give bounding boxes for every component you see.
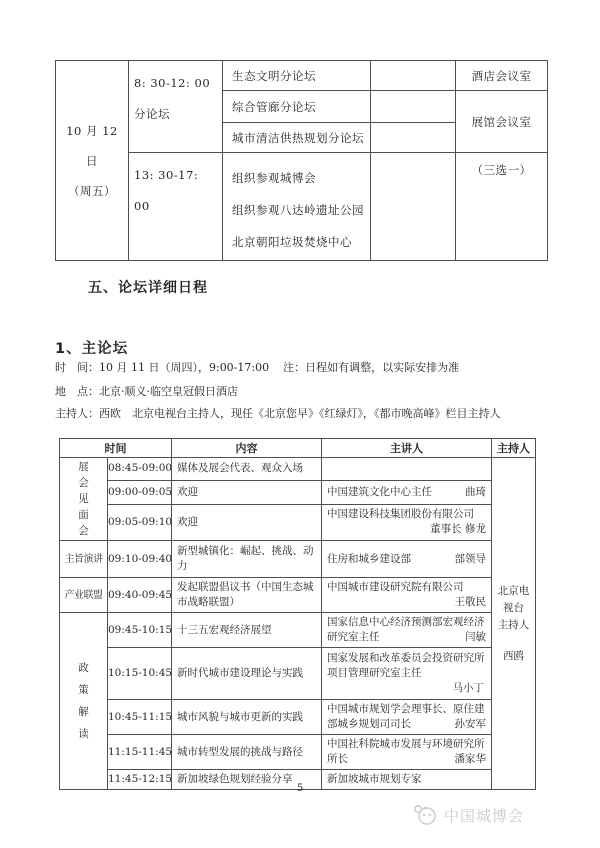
speaker-cell: 住房和城乡建设部部领导 [322,541,492,578]
forum-item-cell: 综合管廊分论坛 [223,91,371,123]
venue-cell: 展馆会议室 [456,91,548,153]
speaker: 中国建设科技集团股份有限公司 [327,508,474,520]
place-value: 北京·顺义·临空皇冠假日酒店 [99,385,238,398]
time-value: 10 月 11 日（周四），9:00-17:00 [99,361,269,374]
time-cell: 09:10-09:40 [108,541,172,578]
tour-option: 组织参观八达岭遗址公园 [232,194,365,226]
agenda-row: 09:05-09:10 欢迎 中国建设科技集团股份有限公司董事长 修龙 [60,504,536,540]
host-name-block: 北京电 视台 主持人 西鸥 [493,583,534,665]
group-label-cell: 主旨演讲 [60,541,108,578]
content-cell: 欢迎 [172,480,322,504]
speaker-cell: 国家发展和改革委员会投资研究所项目管理研究室主任马小丁 [322,648,492,700]
group-label-cell: 展会见面会 [60,458,108,541]
col-header-host: 主持人 [492,439,536,458]
empty-cell [371,123,456,153]
speaker: 国家信息中心经济预测部宏观经济研究室主任 [327,616,485,643]
content-cell: 新型城镇化：崛起、挑战、动力 [172,541,322,578]
agenda-row: 09:00-09:05 欢迎 中国建筑文化中心主任曲琦 [60,480,536,504]
speaker-name: 董事长 修龙 [430,522,486,537]
content-cell: 城市转型发展的挑战与路径 [172,735,322,770]
speaker-name: 孙安军 [455,717,487,732]
host-label: 主持人： [55,406,99,421]
speaker-name: 部领导 [455,552,487,567]
agenda-row: 展会见面会 08:45-09:00 媒体及展会代表、观众入场 北京电 视台 主持… [60,458,536,481]
speaker-cell: 中国建设科技集团股份有限公司董事长 修龙 [322,504,492,540]
tour-option: 组织参观城博会 [232,162,365,194]
date-text: 10 月 12 日 [61,116,123,176]
page-number: 5 [0,783,600,794]
host-value: 西欧 北京电视台主持人，现任《北京您早》《红绿灯》，《都市晚高峰》栏目主持人 [99,406,555,421]
agenda-row: 10:45-11:15 城市风貌与城市更新的实践 中国城市规划学会理事长、原住建… [60,700,536,735]
group-label: 主旨演讲 [61,552,106,567]
document-page: 10 月 12 日 （周五） 8: 30-12: 00 分论坛 生态文明分论坛 … [0,0,600,848]
header-row: 时间 内容 主讲人 主持人 [60,439,536,458]
forum-host-line: 主持人：西欧 北京电视台主持人，现任《北京您早》《红绿灯》，《都市晚高峰》栏目主… [55,406,555,421]
time-slot-cell: 8: 30-12: 00 分论坛 [129,61,223,153]
speaker-name: 闫敏 [465,630,486,645]
forum-agenda-table: 时间 内容 主讲人 主持人 展会见面会 08:45-09:00 媒体及展会代表、… [59,438,536,790]
group-label: 政策解读 [78,657,90,745]
time-slot-cell: 13: 30-17: 00 [129,153,223,261]
slot-label: 分论坛 [134,99,217,130]
forum-item: 城市清洁供热规划分论坛 [232,131,364,145]
speaker-cell: 中国城市规划学会理事长、原住建部城乡规划司司长孙安军 [322,700,492,735]
weekday-text: （周五） [61,176,123,206]
time-cell: 09:00-09:05 [108,480,172,504]
table-row: 10 月 12 日 （周五） 8: 30-12: 00 分论坛 生态文明分论坛 … [56,61,548,91]
content-cell: 城市风貌与城市更新的实践 [172,700,322,735]
content-cell: 新时代城市建设理论与实践 [172,648,322,700]
time-cell: 09:40-09:45 [108,578,172,613]
col-header-content: 内容 [172,439,322,458]
table-row: 13: 30-17: 00 组织参观城博会 组织参观八达岭遗址公园 北京朝阳垃圾… [56,153,548,261]
place-label: 地 点： [55,385,99,398]
speaker-name: 王敬民 [455,595,487,610]
empty-cell [371,61,456,91]
venue-cell: 酒店会议室 [456,61,548,91]
col-header-time: 时间 [60,439,172,458]
forum-time-line: 时 间：10 月 11 日（周四），9:00-17:00注：日程如有调整，以实际… [55,360,555,375]
speaker-name: 潘家华 [455,752,487,767]
speaker-name: 马小丁 [327,681,486,696]
day-schedule-table: 10 月 12 日 （周五） 8: 30-12: 00 分论坛 生态文明分论坛 … [55,60,548,261]
time-label: 时 间： [55,361,99,374]
time-cell: 10:45-11:15 [108,700,172,735]
col-header-speaker: 主讲人 [322,439,492,458]
time-cell: 08:45-09:00 [108,458,172,481]
speaker-name: 曲琦 [465,485,486,500]
venue-cell: （三选一） [456,153,548,261]
speaker: 中国城市建设研究院有限公司 [327,581,464,593]
forum-item: 综合管廊分论坛 [232,100,316,114]
speaker-cell: 中国社科院城市发展与环境研究所所长潘家华 [322,735,492,770]
forum-place-line: 地 点：北京·顺义·临空皇冠假日酒店 [55,384,555,399]
speaker-cell: 国家信息中心经济预测部宏观经济研究室主任闫敏 [322,613,492,648]
group-label-cell: 政策解读 [60,613,108,790]
forum-item-cell: 城市清洁供热规划分论坛 [223,123,371,153]
time-cell: 11:15-11:45 [108,735,172,770]
venue-note: （三选一） [472,163,532,177]
content-cell: 欢迎 [172,504,322,540]
empty-cell [371,153,456,261]
forum-item-cell: 生态文明分论坛 [223,61,371,91]
group-label: 产业联盟 [61,588,106,603]
group-label: 展会见面会 [78,459,90,539]
tour-options-cell: 组织参观城博会 组织参观八达岭遗址公园 北京朝阳垃圾焚烧中心 [223,153,371,261]
speaker: 国家发展和改革委员会投资研究所项目管理研究室主任 [327,652,485,679]
forum-item: 生态文明分论坛 [232,69,316,83]
speaker-cell [322,458,492,481]
time-range: 13: 30-17: 00 [134,160,217,222]
brand-text: 中国城博会 [444,805,524,826]
agenda-row: 10:15-10:45 新时代城市建设理论与实践 国家发展和改革委员会投资研究所… [60,648,536,700]
brand-watermark: 中国城博会 [412,804,524,826]
agenda-row: 11:15-11:45 城市转型发展的挑战与路径 中国社科院城市发展与环境研究所… [60,735,536,770]
content-cell: 媒体及展会代表、观众入场 [172,458,322,481]
time-cell: 09:45-10:15 [108,613,172,648]
speaker-cell: 中国建筑文化中心主任曲琦 [322,480,492,504]
agenda-row: 产业联盟 09:40-09:45 发起联盟倡议书（中国生态城市战略联盟） 中国城… [60,578,536,613]
expo-mascot-icon [412,804,438,826]
content-cell: 十三五宏观经济展望 [172,613,322,648]
empty-cell [371,91,456,123]
time-cell: 10:15-10:45 [108,648,172,700]
time-note: 注：日程如有调整，以实际安排为准 [283,361,459,374]
content-cell: 发起联盟倡议书（中国生态城市战略联盟） [172,578,322,613]
time-range: 8: 30-12: 00 [134,68,217,99]
group-label-cell: 产业联盟 [60,578,108,613]
agenda-row: 主旨演讲 09:10-09:40 新型城镇化：崛起、挑战、动力 住房和城乡建设部… [60,541,536,578]
subsection-title: 1、主论坛 [55,337,128,358]
section-title: 五、论坛详细日程 [88,277,208,297]
venue: 展馆会议室 [472,115,532,129]
date-cell: 10 月 12 日 （周五） [56,61,129,261]
venue: 酒店会议室 [472,69,532,83]
time-cell: 09:05-09:10 [108,504,172,540]
speaker: 住房和城乡建设部 [327,553,411,565]
speaker-cell: 中国城市建设研究院有限公司王敬民 [322,578,492,613]
host-cell: 北京电 视台 主持人 西鸥 [492,458,536,790]
tour-option: 北京朝阳垃圾焚烧中心 [232,226,365,258]
speaker: 中国建筑文化中心主任 [327,486,432,498]
agenda-row: 政策解读 09:45-10:15 十三五宏观经济展望 国家信息中心经济预测部宏观… [60,613,536,648]
